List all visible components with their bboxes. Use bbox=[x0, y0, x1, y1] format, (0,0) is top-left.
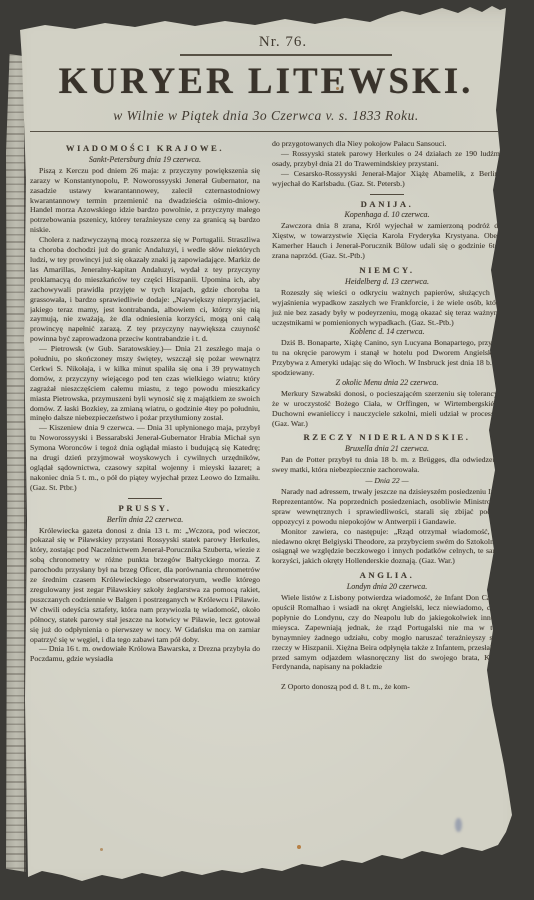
article-paragraph: — Cesarsko-Rossyyski Jenerał-Major Xiążę… bbox=[272, 169, 502, 189]
stain-spot bbox=[297, 845, 301, 849]
article-paragraph: — Pietrowsk (w Gub. Saratowskiey.)— Dnia… bbox=[30, 344, 260, 423]
article-paragraph: Narady nad adressem, trwały jeszcze na d… bbox=[272, 487, 502, 527]
article-dateline: Londyn dnia 20 czerwca. bbox=[272, 582, 502, 592]
article-paragraph: Dziś B. Bonaparte, Xiążę Canino, syn Luc… bbox=[272, 338, 502, 378]
article-paragraph: — Rossyyski statek parowy Herkules o 24 … bbox=[272, 149, 502, 169]
article-dateline: Sankt-Petersburg dnia 19 czerwca. bbox=[30, 155, 260, 165]
stain-spot bbox=[100, 848, 103, 851]
left-column: WIADOMOŚCI KRAJOWE.Sankt-Petersburg dnia… bbox=[30, 139, 260, 779]
masthead: Nr. 76. KURYER LITEWSKI. w Wilnie w Piąt… bbox=[30, 34, 502, 132]
issue-number: Nr. 76. bbox=[64, 34, 502, 51]
article-paragraph: — Dnia 16 t. m. owdowiałe Królowa Bawars… bbox=[30, 644, 260, 664]
article-paragraph: Piszą z Kerczu pod dniem 26 maja: z przy… bbox=[30, 166, 260, 235]
article-paragraph: Z Oporto donoszą pod d. 8 t. m., że kom- bbox=[272, 682, 502, 692]
right-column: do przygotowanych dla Niey pokojow Pałac… bbox=[272, 139, 502, 779]
article-dateline: Z okolic Menu dnia 22 czerwca. bbox=[272, 378, 502, 388]
ink-smudge bbox=[455, 818, 462, 832]
article-paragraph: Wiele listów z Lisbony potwierdza wiadom… bbox=[272, 593, 502, 672]
article-paragraph: do przygotowanych dla Niey pokojow Pałac… bbox=[272, 139, 502, 149]
article-dateline: Kopenhaga d. 10 czerwca. bbox=[272, 210, 502, 220]
page-content: Nr. 76. KURYER LITEWSKI. w Wilnie w Piąt… bbox=[30, 34, 502, 779]
article-columns: WIADOMOŚCI KRAJOWE.Sankt-Petersburg dnia… bbox=[30, 139, 502, 779]
section-heading: WIADOMOŚCI KRAJOWE. bbox=[30, 144, 260, 154]
section-heading: NIEMCY. bbox=[272, 266, 502, 276]
date-separator: — Dnia 22 — bbox=[272, 476, 502, 486]
article-paragraph: Rozeszły się wieści o odkryciu ważnych p… bbox=[272, 288, 502, 328]
section-rule bbox=[370, 194, 404, 195]
masthead-dateline: w Wilnie w Piątek dnia 3o Czerwca v. s. … bbox=[30, 108, 502, 124]
article-paragraph: Monitor zawiera, co następuje: „Rząd otr… bbox=[272, 527, 502, 567]
newspaper-page: Nr. 76. KURYER LITEWSKI. w Wilnie w Piąt… bbox=[0, 0, 534, 900]
section-heading: DANIJA. bbox=[272, 200, 502, 210]
section-heading: PRUSSY. bbox=[30, 504, 260, 514]
article-dateline: Bruxella dnia 21 czerwca. bbox=[272, 444, 502, 454]
article-paragraph: Pan de Potter przybył tu dnia 18 b. m. z… bbox=[272, 455, 502, 475]
article-paragraph: — Kiszeniew dnia 9 czerwca. — Dnia 31 up… bbox=[30, 423, 260, 492]
section-heading: RZECZY NIDERLANDSKIE. bbox=[272, 433, 502, 443]
issue-number-rule bbox=[180, 54, 392, 56]
article-paragraph: Merkury Szwabski donosi, o pocieszającém… bbox=[272, 389, 502, 429]
adjacent-page-edge bbox=[6, 54, 26, 872]
article-paragraph: Cholera z nadzwyczayną mocą rozszerza si… bbox=[30, 235, 260, 344]
article-dateline: Berlin dnia 22 czerwca. bbox=[30, 515, 260, 525]
masthead-rule bbox=[30, 131, 502, 132]
section-rule bbox=[128, 498, 162, 499]
article-paragraph: Zawczora dnia 8 zrana, Król wyjechał w z… bbox=[272, 221, 502, 261]
article-dateline: Heidelberg d. 13 czerwca. bbox=[272, 277, 502, 287]
article-dateline: Koblenc d. 14 czerwca. bbox=[272, 327, 502, 337]
scan-background: Nr. 76. KURYER LITEWSKI. w Wilnie w Piąt… bbox=[0, 0, 534, 900]
section-heading: ANGLIA. bbox=[272, 571, 502, 581]
newspaper-title: KURYER LITEWSKI. bbox=[30, 60, 502, 103]
article-paragraph: Królewiecka gazeta donosi z dnia 13 t. m… bbox=[30, 526, 260, 645]
